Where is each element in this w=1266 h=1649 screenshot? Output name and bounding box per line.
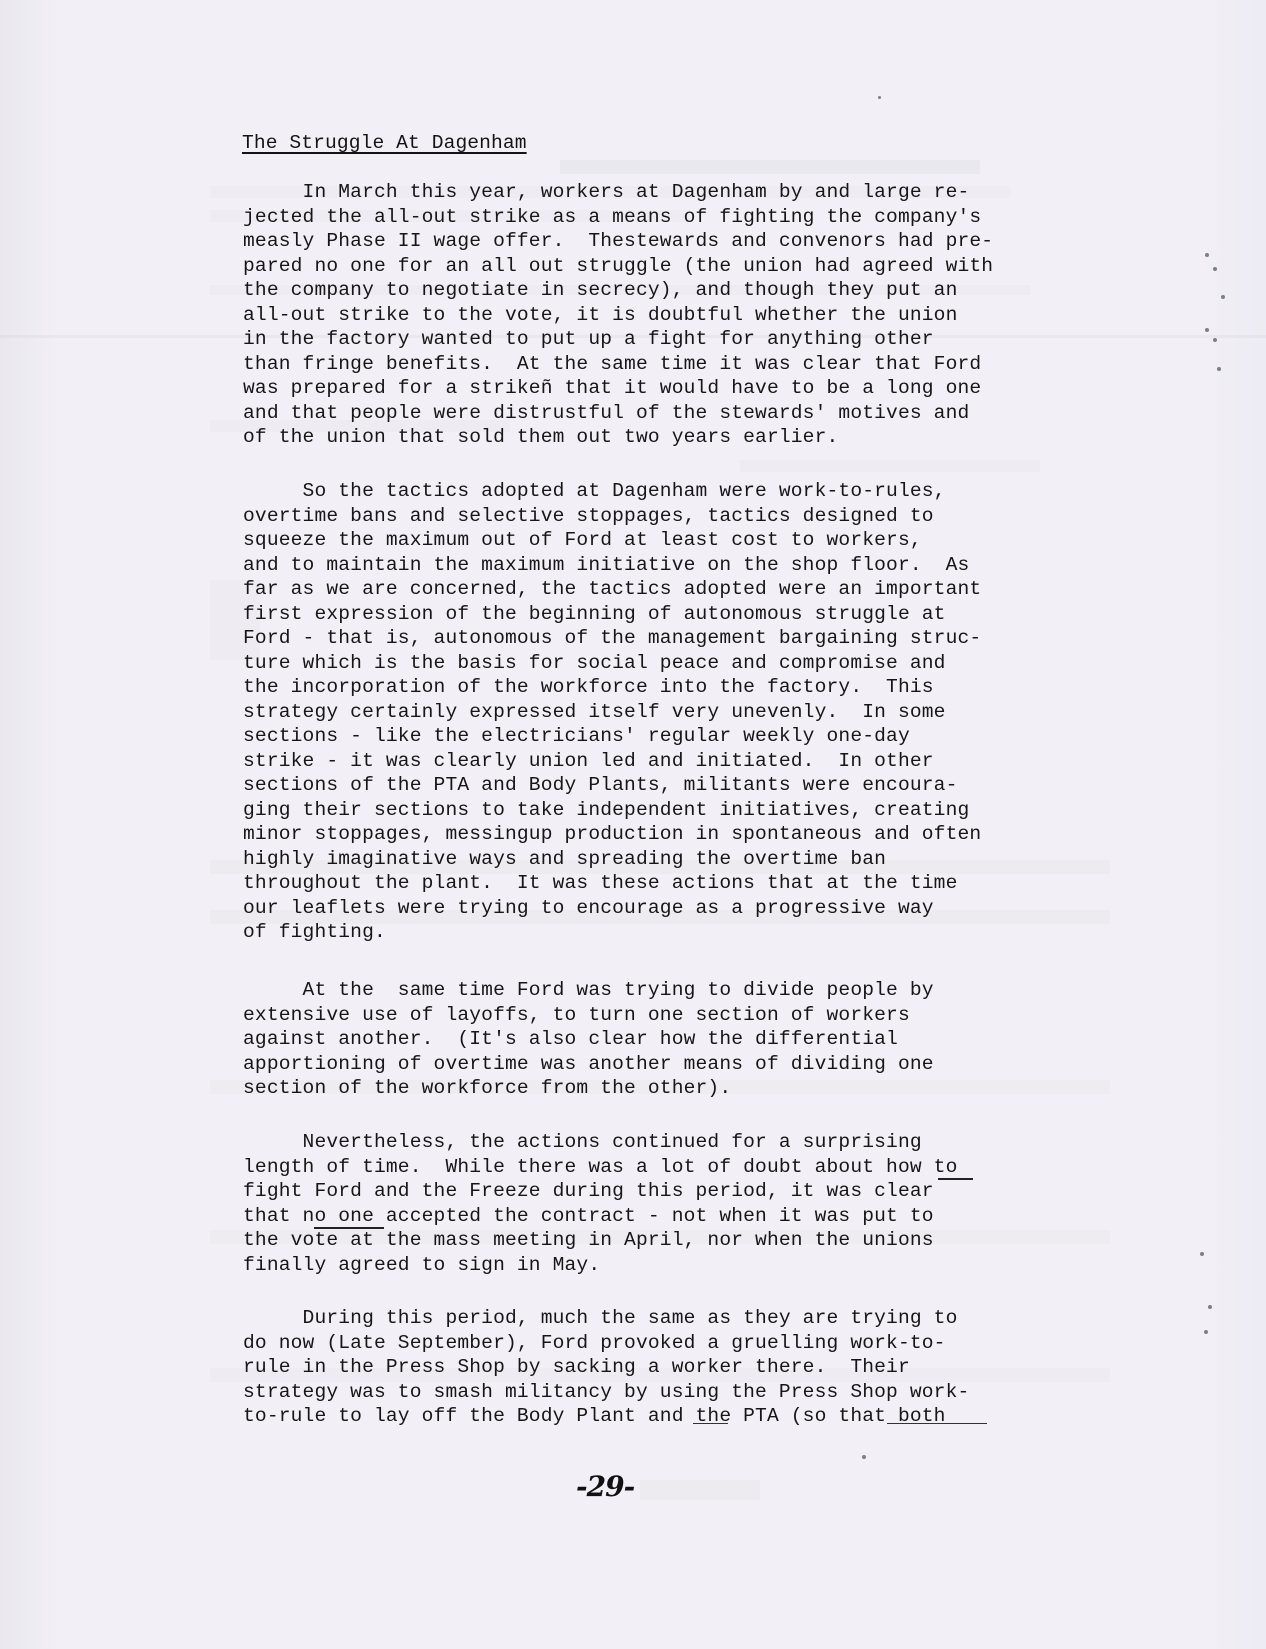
- text-line: length of time. While there was a lot of…: [243, 1155, 1123, 1180]
- paragraph-1: In March this year, workers at Dagenham …: [243, 180, 1123, 450]
- text-line: the company to negotiate in secrecy), an…: [243, 278, 1123, 303]
- text-line: highly imaginative ways and spreading th…: [243, 847, 1123, 872]
- text-line: and that people were distrustful of the …: [243, 401, 1123, 426]
- text-line: in the factory wanted to put up a fight …: [243, 327, 1123, 352]
- paragraph-5: During this period, much the same as the…: [243, 1306, 1123, 1429]
- scan-speck: [878, 96, 881, 99]
- text-line: rule in the Press Shop by sacking a work…: [243, 1355, 1123, 1380]
- text-line: our leaflets were trying to encourage as…: [243, 896, 1123, 921]
- text-line: During this period, much the same as the…: [243, 1306, 1123, 1331]
- text-line: strategy was to smash militancy by using…: [243, 1380, 1123, 1405]
- underline-and: [693, 1423, 728, 1424]
- document-title: The Struggle At Dagenham: [242, 131, 527, 155]
- text-line: section of the workforce from the other)…: [243, 1076, 1123, 1101]
- scan-speck: [1213, 267, 1217, 271]
- text-line: extensive use of layoffs, to turn one se…: [243, 1003, 1123, 1028]
- text-line: strike - it was clearly union led and in…: [243, 749, 1123, 774]
- text-line: of fighting.: [243, 920, 1123, 945]
- paragraph-3: At the same time Ford was trying to divi…: [243, 978, 1123, 1101]
- text-line: squeeze the maximum out of Ford at least…: [243, 528, 1123, 553]
- scan-speck: [1205, 253, 1209, 257]
- paragraph-2: So the tactics adopted at Dagenham were …: [243, 479, 1123, 945]
- text-line: measly Phase II wage offer. Thestewards …: [243, 229, 1123, 254]
- text-line: of the union that sold them out two year…: [243, 425, 1123, 450]
- scan-speck: [1221, 295, 1225, 299]
- text-line: and to maintain the maximum initiative o…: [243, 553, 1123, 578]
- text-line: that no one accepted the contract - not …: [243, 1204, 1123, 1229]
- text-line: So the tactics adopted at Dagenham were …: [243, 479, 1123, 504]
- scan-speck: [1200, 1252, 1204, 1256]
- text-line: against another. (It's also clear how th…: [243, 1027, 1123, 1052]
- text-line: strategy certainly expressed itself very…: [243, 700, 1123, 725]
- text-line: fight Ford and the Freeze during this pe…: [243, 1179, 1123, 1204]
- page-number: -29-: [576, 1470, 634, 1503]
- text-line: ture which is the basis for social peace…: [243, 651, 1123, 676]
- scanned-page: The Struggle At Dagenham In March this y…: [0, 0, 1266, 1649]
- text-line: At the same time Ford was trying to divi…: [243, 978, 1123, 1003]
- underline-how: [938, 1178, 973, 1180]
- paragraph-4: Nevertheless, the actions continued for …: [243, 1130, 1123, 1277]
- text-line: do now (Late September), Ford provoked a…: [243, 1331, 1123, 1356]
- text-line: the vote at the mass meeting in April, n…: [243, 1228, 1123, 1253]
- scan-speck: [1213, 338, 1217, 342]
- text-line: In March this year, workers at Dagenham …: [243, 180, 1123, 205]
- text-line: overtime bans and selective stoppages, t…: [243, 504, 1123, 529]
- text-line: Nevertheless, the actions continued for …: [243, 1130, 1123, 1155]
- text-line: finally agreed to sign in May.: [243, 1253, 1123, 1278]
- text-line: than fringe benefits. At the same time i…: [243, 352, 1123, 377]
- scan-speck: [1217, 367, 1221, 371]
- text-line: pared no one for an all out struggle (th…: [243, 254, 1123, 279]
- text-line: minor stoppages, messingup production in…: [243, 822, 1123, 847]
- text-line: all-out strike to the vote, it is doubtf…: [243, 303, 1123, 328]
- text-line: the incorporation of the workforce into …: [243, 675, 1123, 700]
- text-line: ging their sections to take independent …: [243, 798, 1123, 823]
- text-line: to-rule to lay off the Body Plant and th…: [243, 1404, 1123, 1429]
- text-line: far as we are concerned, the tactics ado…: [243, 577, 1123, 602]
- scan-speck: [1205, 328, 1209, 332]
- scan-speck: [862, 1455, 866, 1459]
- text-line: sections of the PTA and Body Plants, mil…: [243, 773, 1123, 798]
- text-line: sections - like the electricians' regula…: [243, 724, 1123, 749]
- underline-that-both: [887, 1423, 987, 1424]
- text-line: Ford - that is, autonomous of the manage…: [243, 626, 1123, 651]
- text-line: first expression of the beginning of aut…: [243, 602, 1123, 627]
- text-line: was prepared for a strikeñ that it would…: [243, 376, 1123, 401]
- text-line: throughout the plant. It was these actio…: [243, 871, 1123, 896]
- scan-speck: [1204, 1330, 1208, 1334]
- scan-speck: [1208, 1305, 1212, 1309]
- text-line: jected the all-out strike as a means of …: [243, 205, 1123, 230]
- underline-no-one: [314, 1227, 384, 1229]
- text-line: apportioning of overtime was another mea…: [243, 1052, 1123, 1077]
